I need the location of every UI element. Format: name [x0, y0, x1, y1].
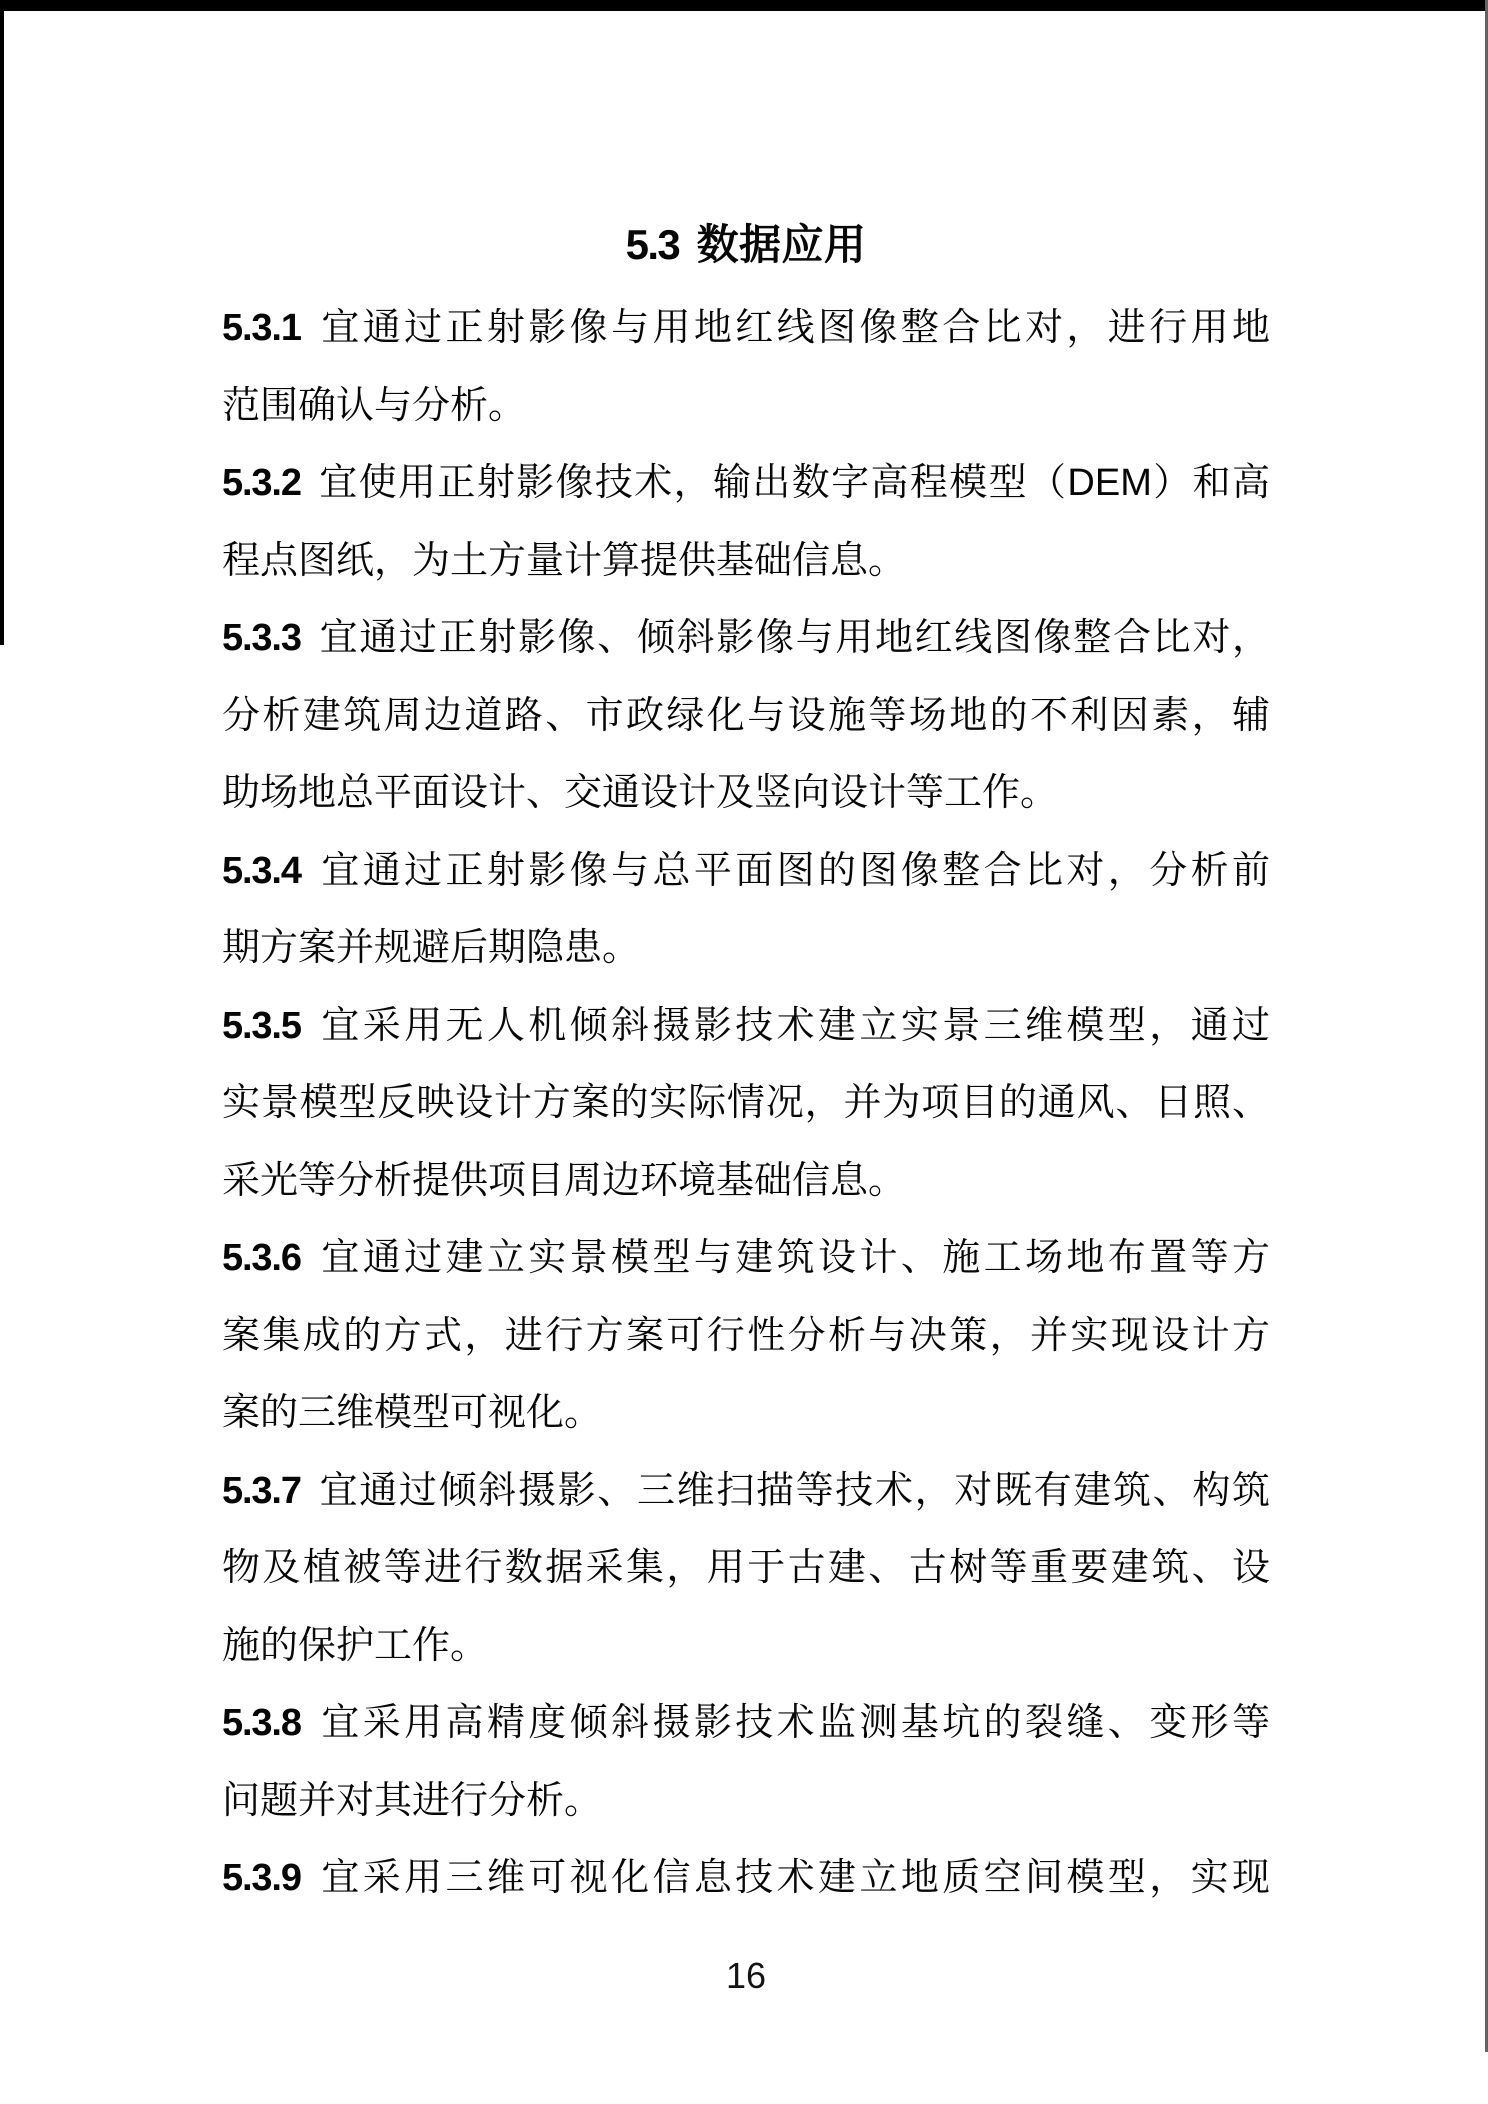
- clause-5.3.6-line-3: 案的三维模型可视化。: [222, 1375, 1270, 1453]
- clause-5.3.5-line-1: 5.3.5宜采用无人机倾斜摄影技术建立实景三维模型，通过: [222, 988, 1270, 1066]
- section-number: 5.3: [626, 221, 679, 268]
- clause-5.3.2-line-1: 5.3.2宜使用正射影像技术，输出数字高程模型（DEM）和高: [222, 445, 1270, 523]
- clause-5.3.6-line-2: 案集成的方式，进行方案可行性分析与决策，并实现设计方: [222, 1298, 1270, 1376]
- clause-5.3.1-line-2: 范围确认与分析。: [222, 368, 1270, 446]
- document-page: 5.3数据应用 5.3.1宜通过正射影像与用地红线图像整合比对，进行用地范围确认…: [0, 0, 1488, 2104]
- clause-number: 5.3.9: [222, 1857, 301, 1899]
- section-title: 5.3数据应用: [222, 218, 1270, 272]
- clause-5.3.6-line-1: 5.3.6宜通过建立实景模型与建筑设计、施工场地布置等方: [222, 1220, 1270, 1298]
- scan-edge-top: [0, 0, 1488, 11]
- clause-number: 5.3.1: [222, 307, 301, 349]
- clause-5.3.5-line-2: 实景模型反映设计方案的实际情况，并为项目的通风、日照、: [222, 1065, 1270, 1143]
- clause-5.3.7-line-2: 物及植被等进行数据采集，用于古建、古树等重要建筑、设: [222, 1530, 1270, 1608]
- clause-number: 5.3.2: [222, 462, 301, 504]
- clause-5.3.4-line-1: 5.3.4宜通过正射影像与总平面图的图像整合比对，分析前: [222, 833, 1270, 911]
- page-number: 16: [222, 1950, 1270, 2002]
- clause-5.3.2-line-2: 程点图纸，为土方量计算提供基础信息。: [222, 523, 1270, 601]
- clause-5.3.7-line-3: 施的保护工作。: [222, 1608, 1270, 1686]
- clause-5.3.3-line-1: 5.3.3宜通过正射影像、倾斜影像与用地红线图像整合比对，: [222, 600, 1270, 678]
- clause-number: 5.3.7: [222, 1470, 301, 1512]
- clause-number: 5.3.3: [222, 617, 301, 659]
- clause-5.3.7-line-1: 5.3.7宜通过倾斜摄影、三维扫描等技术，对既有建筑、构筑: [222, 1453, 1270, 1531]
- section-heading: 数据应用: [697, 221, 867, 268]
- clause-number: 5.3.4: [222, 850, 301, 892]
- clauses-container: 5.3.1宜通过正射影像与用地红线图像整合比对，进行用地范围确认与分析。5.3.…: [222, 290, 1270, 1918]
- clause-number: 5.3.5: [222, 1005, 301, 1047]
- clause-number: 5.3.6: [222, 1237, 301, 1279]
- scan-edge-left: [0, 0, 4, 645]
- clause-5.3.5-line-3: 采光等分析提供项目周边环境基础信息。: [222, 1143, 1270, 1221]
- clause-5.3.8-line-1: 5.3.8宜采用高精度倾斜摄影技术监测基坑的裂缝、变形等: [222, 1685, 1270, 1763]
- clause-number: 5.3.8: [222, 1702, 301, 1744]
- clause-5.3.3-line-2: 分析建筑周边道路、市政绿化与设施等场地的不利因素，辅: [222, 678, 1270, 756]
- clause-5.3.8-line-2: 问题并对其进行分析。: [222, 1763, 1270, 1841]
- clause-5.3.3-line-3: 助场地总平面设计、交通设计及竖向设计等工作。: [222, 755, 1270, 833]
- clause-5.3.1-line-1: 5.3.1宜通过正射影像与用地红线图像整合比对，进行用地: [222, 290, 1270, 368]
- clause-5.3.9-line-1: 5.3.9宜采用三维可视化信息技术建立地质空间模型，实现: [222, 1840, 1270, 1918]
- clause-5.3.4-line-2: 期方案并规避后期隐患。: [222, 910, 1270, 988]
